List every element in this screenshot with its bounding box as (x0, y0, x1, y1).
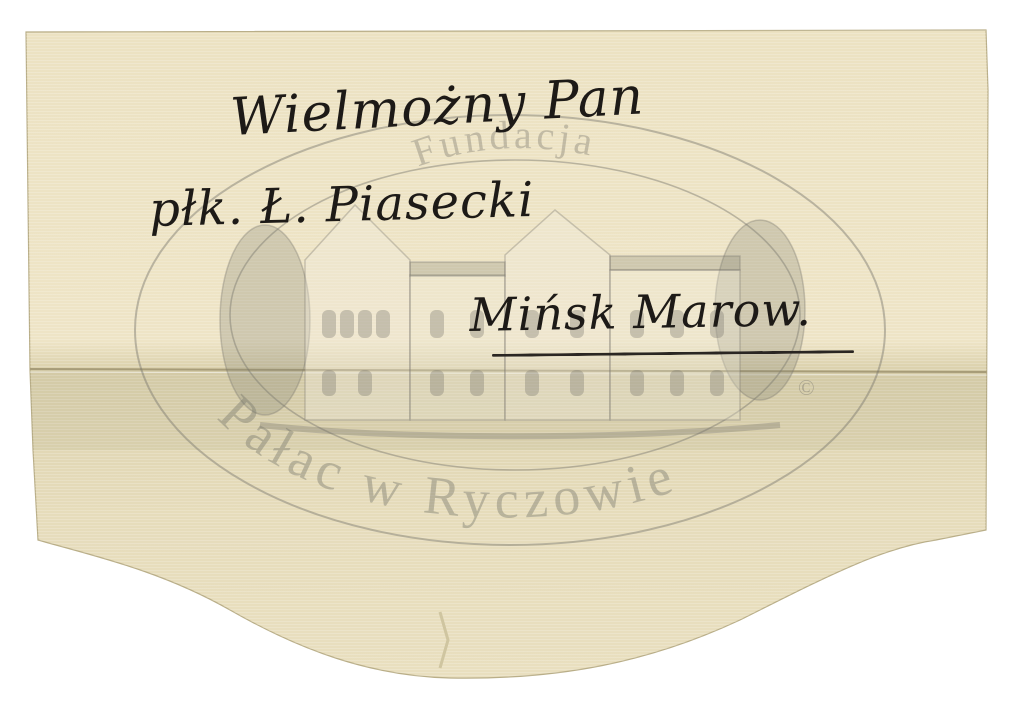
address-recipient-name: płk. Ł. Piasecki (149, 172, 535, 238)
watermark-copyright: © (798, 375, 815, 400)
address-location: Mińsk Marow. (469, 282, 812, 342)
scanned-envelope: Pałac w Ryczowie Fundacja © Wielmożny Pa… (0, 0, 1024, 726)
